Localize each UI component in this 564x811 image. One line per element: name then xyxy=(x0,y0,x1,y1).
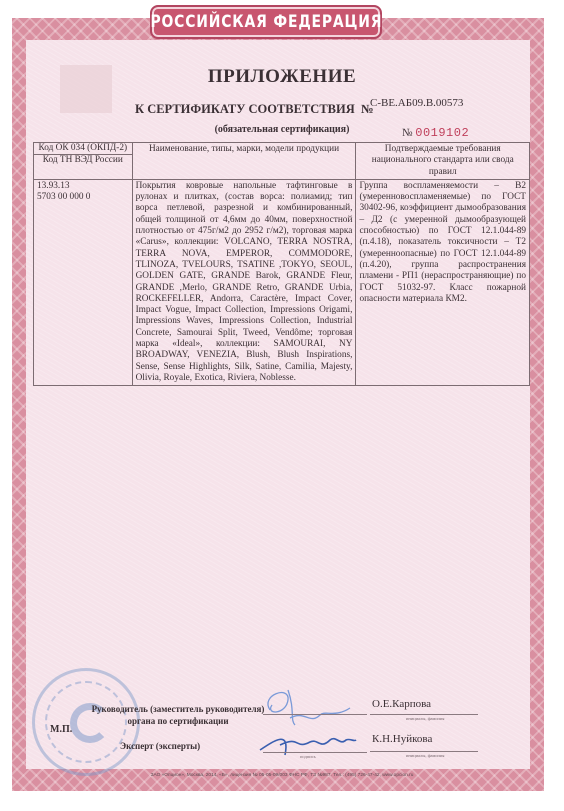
document-subtitle: К СЕРТИФИКАТУ СООТВЕТСТВИЯ № xyxy=(135,102,374,117)
products-table: Код ОК 034 (ОКПД-2) Код ТН ВЭД России На… xyxy=(33,142,530,386)
head-signature-line xyxy=(263,714,367,715)
requirements-cell: Группа воспламеняемости – В2 (умеренново… xyxy=(356,179,530,385)
document-title: ПРИЛОЖЕНИЕ xyxy=(0,66,564,88)
expert-label: Эксперт (эксперты) xyxy=(120,741,200,751)
printer-footer: ЗАО «Опцион», Москва, 2014, «Б», лицензи… xyxy=(0,773,564,778)
blank-number-value: 0019102 xyxy=(415,126,469,140)
stamp-label: М.П. xyxy=(50,724,72,735)
header-requirements: Подтверждаемые требования национального … xyxy=(356,143,530,180)
expert-name-caption: инициалы, фамилия xyxy=(406,753,445,758)
signature-caption: подпись xyxy=(300,754,316,759)
head-label: Руководитель (заместитель руководителя) … xyxy=(88,703,268,727)
head-name: О.Е.Карпова xyxy=(372,698,431,710)
codes-cell: 13.93.13 5703 00 000 0 xyxy=(34,179,133,385)
expert-signature-line xyxy=(263,752,367,753)
header-codes: Код ОК 034 (ОКПД-2) Код ТН ВЭД России xyxy=(34,143,133,180)
expert-name: К.Н.Нуйкова xyxy=(372,733,432,745)
certificate-number: С-BE.АБ09.В.00573 xyxy=(370,97,463,109)
country-banner: РОССИЙСКАЯ ФЕДЕРАЦИЯ xyxy=(150,5,382,39)
head-name-caption: инициалы, фамилия xyxy=(406,716,445,721)
product-cell: Покрытия ковровые напольные тафтинговые … xyxy=(132,179,356,385)
table-row: 13.93.13 5703 00 000 0 Покрытия ковровые… xyxy=(34,179,530,385)
head-name-line xyxy=(370,714,478,715)
certification-type: (обязательная сертификация) xyxy=(0,124,564,135)
header-product: Наименование, типы, марки, модели продук… xyxy=(132,143,356,180)
banner-text: РОССИЙСКАЯ ФЕДЕРАЦИЯ xyxy=(150,12,382,32)
expert-name-line xyxy=(370,751,478,752)
blank-number: № 0019102 xyxy=(402,126,469,140)
